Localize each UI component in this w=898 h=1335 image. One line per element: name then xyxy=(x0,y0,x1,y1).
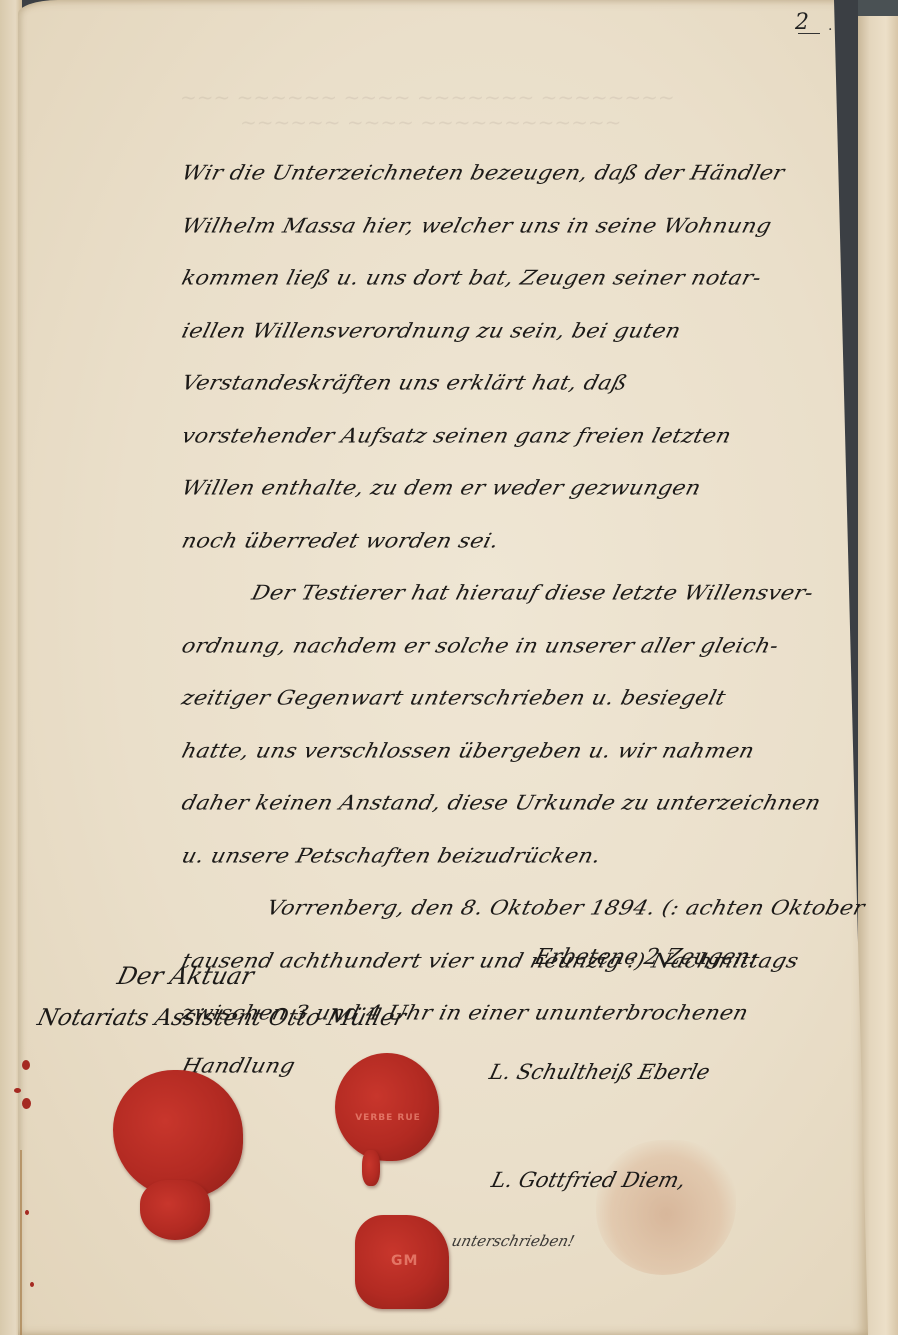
witness-heading: Erbetene 2 Zeugen: xyxy=(532,945,760,970)
body-line: Vorrenberg, den 8. Oktober 1894. (: acht… xyxy=(176,885,888,933)
body-line: zeitiger Gegenwart unterschrieben u. bes… xyxy=(176,675,888,723)
seal-annotation: unterschrieben! xyxy=(450,1232,577,1250)
body-line: iellen Willensverordnung zu sein, bei gu… xyxy=(176,308,888,356)
handwritten-body: Wir die Unterzeichneten bezeugen, daß de… xyxy=(182,148,882,1093)
seal-emboss: GM xyxy=(391,1253,418,1269)
bleed-through-text: ~~~~~~ ~~~~ ~~~~~~~~~~~~ xyxy=(240,110,621,134)
seal-emboss: VERBE RUE xyxy=(353,1113,423,1123)
body-line: Wilhelm Massa hier, welcher uns in seine… xyxy=(176,203,888,251)
witness-2-signature: L. Gottfried Diem, xyxy=(489,1168,688,1192)
clerk-signature: Notariats Assistent Otto Müller xyxy=(35,1005,409,1031)
upper-wax-seal: VERBE RUE xyxy=(335,1053,439,1161)
page-number-underline xyxy=(798,33,820,34)
body-line: Der Testierer hat hierauf diese letzte W… xyxy=(176,570,888,618)
body-line: u. unsere Petschaften beizudrücken. xyxy=(176,833,888,881)
wax-drop xyxy=(30,1282,34,1287)
large-wax-seal-drip xyxy=(140,1180,210,1240)
body-line: hatte, uns verschlossen übergeben u. wir… xyxy=(176,728,888,776)
clerk-title: Der Aktuar xyxy=(115,962,257,990)
background-surface xyxy=(858,0,898,16)
body-line: kommen ließ u. uns dort bat, Zeugen sein… xyxy=(176,255,888,303)
body-line: Verstandeskräften uns erklärt hat, daß xyxy=(176,360,888,408)
lower-wax-seal: GM xyxy=(355,1215,449,1309)
bleed-through-text: ~~~ ~~~~~~ ~~~~ ~~~~~~~ ~~~~~~~~ xyxy=(180,85,675,109)
upper-wax-seal-drip xyxy=(362,1150,380,1186)
wax-drop xyxy=(22,1060,30,1070)
page-number-dot: . xyxy=(828,18,832,34)
body-line: ordnung, nachdem er solche in unserer al… xyxy=(176,623,888,671)
wax-drop xyxy=(25,1210,29,1215)
body-line: Wir die Unterzeichneten bezeugen, daß de… xyxy=(176,150,888,198)
wax-drop xyxy=(22,1098,31,1109)
body-line: vorstehender Aufsatz seinen ganz freien … xyxy=(176,413,888,461)
body-line: noch überredet worden sei. xyxy=(176,518,888,566)
witness-1-signature: L. Schultheiß Eberle xyxy=(487,1060,712,1084)
binding-crease xyxy=(20,1150,22,1335)
body-line: Willen enthalte, zu dem er weder gezwung… xyxy=(176,465,888,513)
page-number: 2 xyxy=(795,10,809,35)
wax-drop xyxy=(14,1088,21,1093)
body-line: tausend achthundert vier und neunzig :) … xyxy=(176,938,888,986)
body-line: daher keinen Anstand, diese Urkunde zu u… xyxy=(176,780,888,828)
